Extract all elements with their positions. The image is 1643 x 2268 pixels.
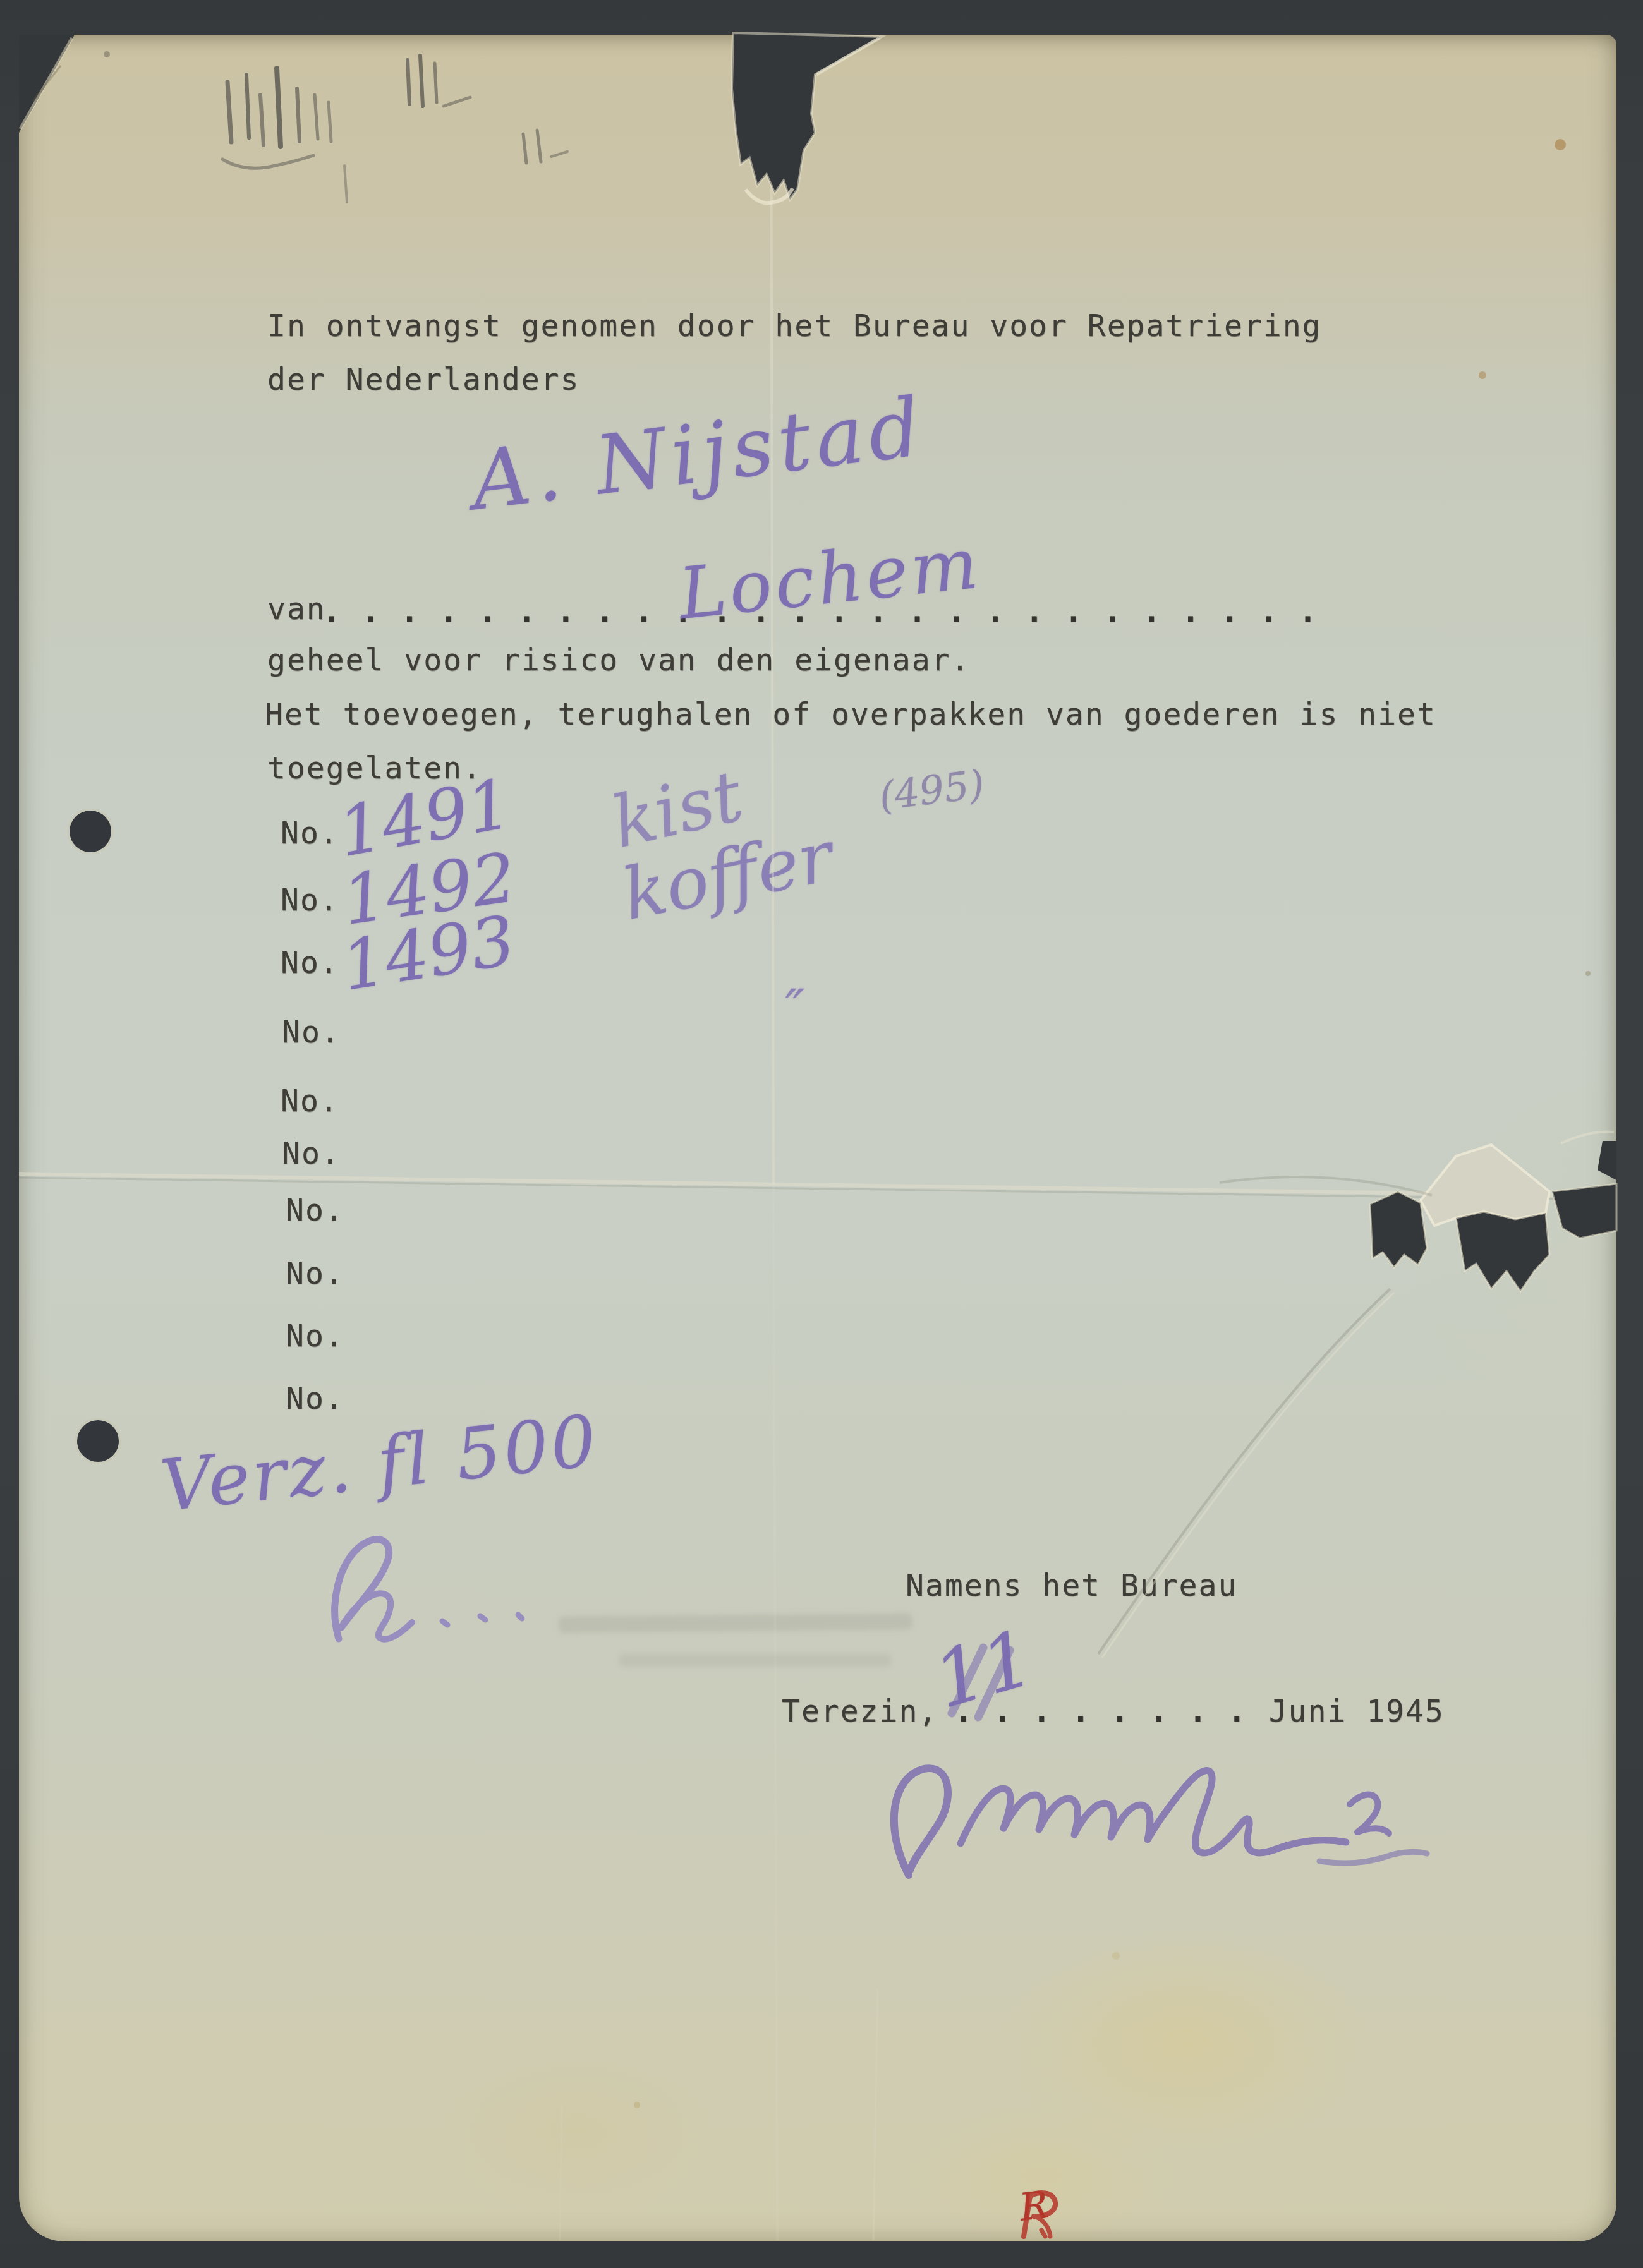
item-row-label: No. <box>281 816 339 851</box>
item-row-label: No. <box>286 1257 344 1291</box>
footer-city: Terezin, <box>782 1694 938 1729</box>
red-archive-mark: R <box>1017 2183 1050 2230</box>
header-line-1: In ontvangst genomen door het Bureau voo… <box>267 309 1322 344</box>
footer-date-line: Terezin, . . . . . . . . Juni 1945 <box>782 1694 1445 1729</box>
ghost-ink-smudge <box>559 1614 912 1633</box>
item-row-label: No. <box>281 883 339 918</box>
van-label: van <box>267 592 326 627</box>
item-row-label: No. <box>282 1137 341 1171</box>
item-row-label: No. <box>281 1084 339 1119</box>
item-row-label: No. <box>286 1319 344 1354</box>
document-scan: In ontvangst genomen door het Bureau voo… <box>0 0 1643 2268</box>
item-row-label: No. <box>286 1193 344 1228</box>
footer-date-rest: Juni 1945 <box>1269 1694 1445 1729</box>
risk-line: geheel voor risico van den eigenaar. <box>267 643 970 678</box>
footer-office-line: Namens het Bureau <box>906 1569 1237 1603</box>
item-row-label: No. <box>286 1382 344 1416</box>
header-line-2: der Nederlanders <box>267 363 579 397</box>
rule-line-1: Het toevoegen, terughalen of overpakken … <box>265 697 1436 732</box>
document-paper <box>19 35 1616 2241</box>
ghost-ink-smudge <box>619 1654 891 1667</box>
item-row-label: No. <box>282 1015 341 1050</box>
handwritten-item-ditto-3: ″ <box>785 978 804 1040</box>
item-row-label: No. <box>281 946 339 980</box>
